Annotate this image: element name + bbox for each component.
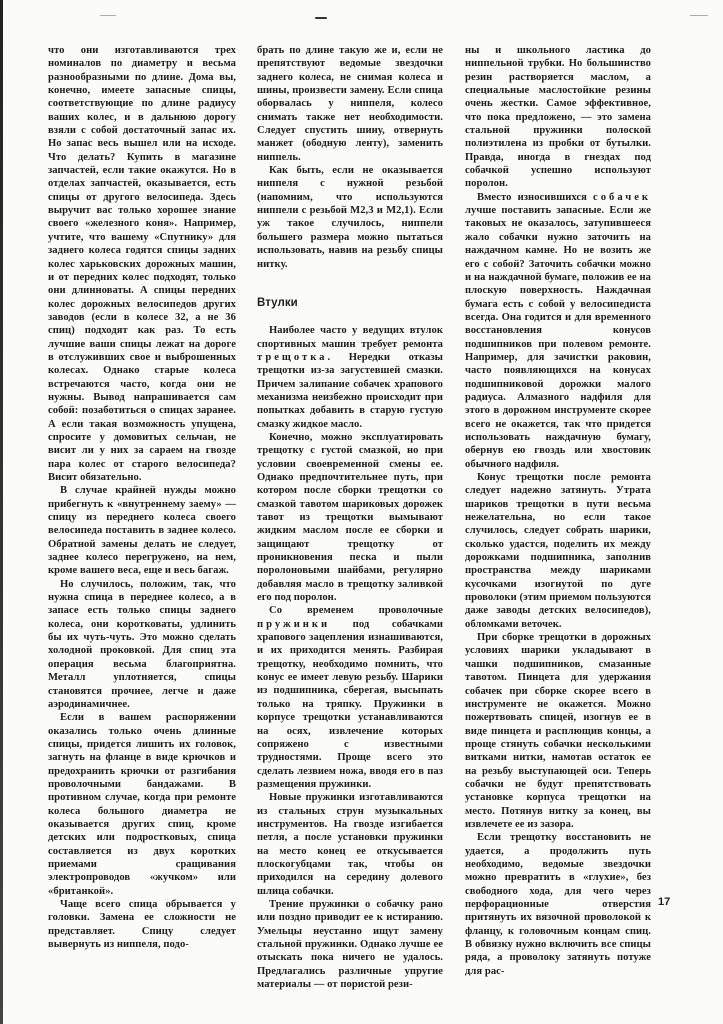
text-run: под собачками храпового зацепления изнаш… <box>257 619 443 790</box>
paragraph: Как быть, если не оказывается ниппеля с … <box>257 164 443 271</box>
emphasis-spaced: пружинки <box>257 619 330 630</box>
paragraph: Со временем проволочные пружинки под соб… <box>257 604 443 791</box>
text-run: Вместо износившихся <box>477 192 593 203</box>
text-run: . Нередки отказы трещотки из-за загустев… <box>257 352 443 430</box>
paragraph: что они изготавливаются трех номиналов п… <box>48 44 236 484</box>
text-run: Со временем проволочные <box>269 605 443 616</box>
scan-speck <box>690 15 708 16</box>
paragraph: Наиболее часто у ведущих втулок спортивн… <box>257 324 443 431</box>
paragraph: В случае крайней нужды можно прибегнуть … <box>48 484 236 577</box>
paragraph: Новые пружинки изготавливаются из стальн… <box>257 791 443 898</box>
text-column-1: что они изготавливаются трех номиналов п… <box>48 44 236 951</box>
paragraph: Трение пружинки о собачку рано или поздн… <box>257 898 443 991</box>
paragraph: Конечно, можно эксплуатировать трещотку … <box>257 431 443 604</box>
scan-speck <box>100 15 116 16</box>
emphasis-spaced: трещотка <box>257 352 327 363</box>
scan-speck <box>315 17 327 19</box>
emphasis-spaced: собачек <box>593 192 651 203</box>
text-run: лучше поставить запасные. Если же таковы… <box>465 205 651 470</box>
text-column-3: ны и школьного ластика до ниппельной тру… <box>465 44 651 978</box>
paragraph: Но случилось, положим, так, что нужна сп… <box>48 578 236 711</box>
text-run: Наиболее часто у ведущих втулок спортивн… <box>257 325 443 349</box>
scan-left-edge <box>0 0 3 1024</box>
paragraph: Конус трещотки после ремонта следует над… <box>465 471 651 631</box>
paragraph: При сборке трещотки в дорожных условиях … <box>465 631 651 831</box>
paragraph: Вместо износившихся собачек лучше постав… <box>465 191 651 471</box>
paragraph: Если трещотку восстановить не удается, а… <box>465 831 651 978</box>
paragraph: брать по длине такую же и, если не препя… <box>257 44 443 164</box>
page-number: 17 <box>658 896 670 908</box>
paragraph: Если в вашем распоряжении оказались толь… <box>48 711 236 898</box>
paragraph: Чаще всего спица обрывается у головки. З… <box>48 898 236 951</box>
section-heading: Втулки <box>257 297 443 310</box>
text-column-2: брать по длине такую же и, если не препя… <box>257 44 443 991</box>
paragraph: ны и школьного ластика до ниппельной тру… <box>465 44 651 191</box>
